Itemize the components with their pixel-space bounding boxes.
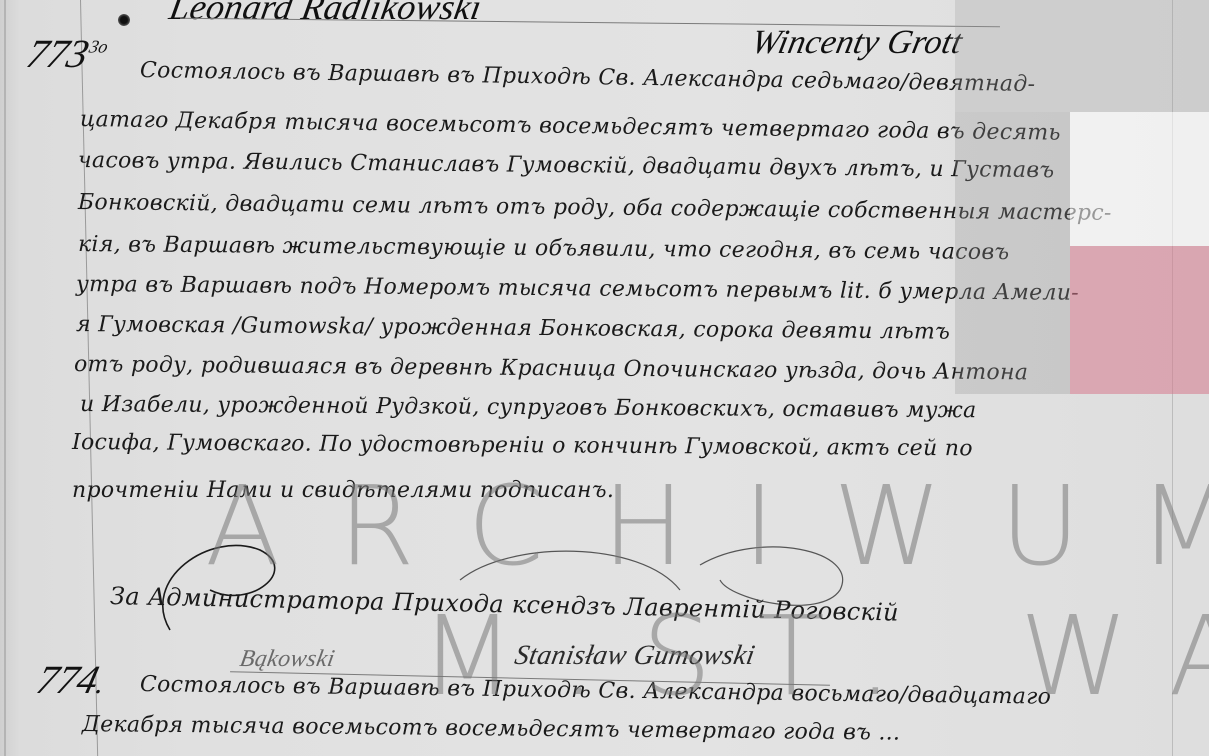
- entry-773-line-8: отъ роду, родившаяся въ деревнѣ Красница…: [74, 352, 1028, 385]
- witness-signature-bakowski: Bąkowski: [238, 646, 337, 673]
- entry-773-line-6: утра въ Варшавѣ подъ Номеромъ тысяча сем…: [76, 272, 1079, 306]
- pink-box-overlay: [1070, 246, 1209, 394]
- ink-blot: [118, 14, 130, 26]
- page-edge-rule: [4, 0, 6, 756]
- entry-number-774: 774.: [32, 656, 111, 703]
- entry-773-line-3: часовъ утра. Явились Станиславъ Гумовскі…: [78, 148, 1055, 183]
- entry-number-773: 7733o: [22, 30, 112, 77]
- entry-number-text: 773: [22, 31, 93, 76]
- entry-773-line-2: цатаго Декабря тысяча восемьсотъ восемьд…: [80, 107, 1061, 146]
- document-scan: Leonard Radlikowski Wincenty Grott 7733o…: [0, 0, 1209, 756]
- entry-773-line-1: Состоялось въ Варшавѣ въ Приходѣ Св. Але…: [140, 58, 1036, 97]
- white-box-overlay: [1070, 112, 1209, 246]
- entry-number-suffix: 3o: [87, 37, 110, 57]
- entry-773-line-4: Бонковскій, двадцати семи лѣтъ отъ роду,…: [78, 190, 1112, 226]
- entry-773-line-10: Іосифа, Гумовскаго. По удостовѣреніи о к…: [72, 430, 973, 461]
- witness-signature-gumowski: Stanisław Gumowski: [512, 640, 757, 672]
- officiant-signature: За Администратора Прихода ксендзъ Лаврен…: [110, 582, 899, 627]
- entry-773-line-7: я Гумовская /Gumowska/ урожденная Бонков…: [76, 312, 950, 345]
- signature-leonard-radlikowski: Leonard Radlikowski: [166, 0, 485, 28]
- entry-773-line-11: прочтеніи Нами и свидѣтелями подписанъ.: [72, 478, 614, 503]
- right-margin-rule: [1172, 0, 1173, 756]
- entry-773-line-5: кія, въ Варшавѣ жительствующіе и объявил…: [78, 232, 1010, 265]
- entry-774-line-1: Состоялось въ Варшавѣ въ Приходѣ Св. Але…: [140, 672, 1051, 710]
- entry-774-line-2: Декабря тысяча восемьсотъ восемьдесятъ ч…: [82, 712, 901, 746]
- signature-wincenty-grott: Wincenty Grott: [748, 24, 966, 62]
- entry-773-line-9: и Изабели, урожденной Рудзкой, супруговъ…: [80, 392, 977, 423]
